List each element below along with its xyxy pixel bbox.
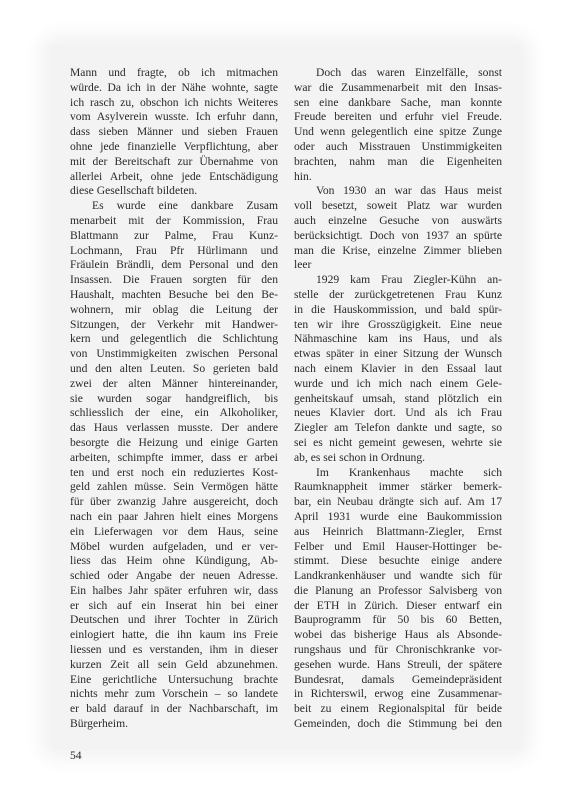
text-line: ich rasch zu, obschon ich nichts Weitere…: [70, 96, 278, 111]
text-line: Im Krankenhaus machte sich: [294, 466, 502, 481]
text-line: kurzen Zeit all sein Geld abzunehmen.: [70, 658, 278, 673]
text-line: Eine gerichtliche Untersuchung brachte: [70, 673, 278, 688]
text-line: in die Hauskommission, und bald spür-: [294, 303, 502, 318]
text-line: leer: [294, 258, 502, 273]
text-line: besorgte die Heizung und einige Garten: [70, 436, 278, 451]
text-line: Lochmann, Frau Pfr Hürlimann und: [70, 244, 278, 259]
text-line: Sitzungen, der Verkehr mit Handwer-: [70, 318, 278, 333]
text-line: kern und gelegentlich die Schlichtung: [70, 332, 278, 347]
text-line: er bald darauf in der Nachbarschaft, im: [70, 702, 278, 717]
paragraph: 1929 kam Frau Ziegler-Kühn an-stelle der…: [294, 273, 502, 465]
text-line: stelle der zurückgetretenen Frau Kunz: [294, 288, 502, 303]
text-line: sei es nicht gemeint gewesen, wehrte sie: [294, 436, 502, 451]
text-line: nach ein paar Jahren hielt eines Morgens: [70, 510, 278, 525]
text-line: 1929 kam Frau Ziegler-Kühn an-: [294, 273, 502, 288]
text-line: schliesslich der eine, ein Alkoholiker,: [70, 406, 278, 421]
text-line: würde. Da ich in der Nähe wohnte, sagte: [70, 81, 278, 96]
text-line: von Unstimmigkeiten zwischen Personal: [70, 347, 278, 362]
text-line: Gemeinden, doch die Stimmung bei den: [294, 717, 502, 732]
text-line: genheitskauf umsah, stand plötzlich ein: [294, 392, 502, 407]
text-line: liessen und es verstanden, ihm in dieser: [70, 643, 278, 658]
text-line: nach einem Klavier in den Essaal laut: [294, 362, 502, 377]
text-line: der ETH in Zürich. Dieser entwarf ein: [294, 599, 502, 614]
text-line: er sich auf ein Inserat hin bei einer: [70, 599, 278, 614]
paragraph: Es wurde eine dankbare Zusammenarbeit mi…: [70, 199, 278, 732]
paragraph: Doch das waren Einzelfälle, sonstwar die…: [294, 66, 502, 184]
text-line: Insassen. Die Frauen sorgten für den: [70, 273, 278, 288]
text-line: menarbeit mit der Kommission, Frau: [70, 214, 278, 229]
text-line: ein Lieferwagen vor dem Haus, seine: [70, 525, 278, 540]
text-line: ab, es sei schon in Ordnung.: [294, 451, 502, 466]
text-line: Es wurde eine dankbare Zusam: [70, 199, 278, 214]
text-line: Freude bereiten und erfuhr viel Freude.: [294, 110, 502, 125]
text-line: oder auch Misstrauen Unstimmigkeiten: [294, 140, 502, 155]
text-line: Von 1930 an war das Haus meist: [294, 184, 502, 199]
text-line: nichts mehr zum Vorschein – so landete: [70, 687, 278, 702]
text-line: Und wenn gelegentlich eine spitze Zunge: [294, 125, 502, 140]
text-line: April 1931 wurde eine Baukommission: [294, 510, 502, 525]
text-line: Ziegler am Telefon dankte und sagte, so: [294, 421, 502, 436]
text-line: ten wir ihre Grosszügigkeit. Eine neue: [294, 318, 502, 333]
text-line: Mann und fragte, ob ich mitmachen: [70, 66, 278, 81]
text-line: ohne jede finanzielle Verpflichtung, abe…: [70, 140, 278, 155]
text-line: Bundesrat, damals Gemeindepräsident: [294, 673, 502, 688]
text-line: beit zu einem Regionalspital für beide: [294, 702, 502, 717]
text-line: Möbel wurden aufgeladen, und er ver-: [70, 540, 278, 555]
text-line: das Haus verlassen musste. Der andere: [70, 421, 278, 436]
text-line: Nähmaschine kam ins Haus, und als: [294, 332, 502, 347]
paragraph: Im Krankenhaus machte sichRaumknappheit …: [294, 466, 502, 732]
text-line: wobei das bisherige Haus als Absonde-: [294, 628, 502, 643]
page-number: 54: [70, 749, 82, 763]
text-line: einlogiert hatte, die ihn kaum ins Freie: [70, 628, 278, 643]
text-line: rungshaus und für Chronischkranke vor-: [294, 643, 502, 658]
text-line: die Planung an Professor Salvisberg von: [294, 584, 502, 599]
text-line: aus Heinrich Blattmann-Ziegler, Ernst: [294, 525, 502, 540]
text-line: stimmt. Diese besuchte einige andere: [294, 554, 502, 569]
text-line: Doch das waren Einzelfälle, sonst: [294, 66, 502, 81]
text-column-left: Mann und fragte, ob ich mitmachenwürde. …: [70, 66, 278, 732]
text-line: etwas später in einer Sitzung der Wunsch: [294, 347, 502, 362]
text-line: auch einzelne Gesuche von auswärts: [294, 214, 502, 229]
text-line: und den alten Leuten. So gerieten bald: [70, 362, 278, 377]
text-line: brachten, nahm man die Eigenheiten: [294, 155, 502, 170]
text-line: sie wurden sogar handgreiflich, bis: [70, 392, 278, 407]
text-line: neues Klavier dort. Und als ich Frau: [294, 406, 502, 421]
text-line: Fräulein Brändli, dem Personal und den: [70, 258, 278, 273]
text-line: Blattmann zur Palme, Frau Kunz-: [70, 229, 278, 244]
text-line: arbeiten, schimpfte immer, dass er arbei: [70, 451, 278, 466]
text-line: man die Krise, einzelne Zimmer blieben: [294, 244, 502, 259]
text-line: sen eine dankbare Sache, man konnte: [294, 96, 502, 111]
text-line: hin.: [294, 170, 502, 185]
text-line: berücksichtigt. Doch von 1937 an spürte: [294, 229, 502, 244]
text-line: liess das Heim ohne Kündigung, Ab-: [70, 554, 278, 569]
text-line: diese Gesellschaft bildeten.: [70, 184, 278, 199]
text-line: allerlei Arbeit, ohne jede Entschädigung: [70, 170, 278, 185]
text-line: zwei der alten Männer hintereinander,: [70, 377, 278, 392]
text-line: mit der Bereitschaft zur Übernahme von: [70, 155, 278, 170]
text-line: Felber und Emil Hauser-Hottinger be-: [294, 540, 502, 555]
text-line: Raumknappheit immer stärker bemerk-: [294, 480, 502, 495]
text-line: wohnern, mir oblag die Leitung der: [70, 303, 278, 318]
text-line: Bürgerheim.: [70, 717, 278, 732]
text-line: Landkrankenhäuser und wandte sich für: [294, 569, 502, 584]
text-line: dass sieben Männer und sieben Frauen: [70, 125, 278, 140]
text-line: Bauprogramm für 50 bis 60 Betten,: [294, 613, 502, 628]
text-line: voll besetzt, soweit Platz war wurden: [294, 199, 502, 214]
text-line: gesehen wurde. Hans Streuli, der spätere: [294, 658, 502, 673]
text-line: bar, ein Neubau drängte sich auf. Am 17: [294, 495, 502, 510]
text-line: schied oder Angabe der neuen Adresse.: [70, 569, 278, 584]
text-line: Haushalt, machten Besuche bei den Be-: [70, 288, 278, 303]
text-line: geld zahlen müsse. Sein Vermögen hätte: [70, 480, 278, 495]
text-line: wurde und ich mich nach einem Gele-: [294, 377, 502, 392]
text-line: ten und erst noch ein reduziertes Kost-: [70, 466, 278, 481]
paragraph: Mann und fragte, ob ich mitmachenwürde. …: [70, 66, 278, 199]
text-column-right: Doch das waren Einzelfälle, sonstwar die…: [294, 66, 502, 732]
paragraph: Von 1930 an war das Haus meistvoll beset…: [294, 184, 502, 273]
text-line: Deutschen und ihrer Tochter in Zürich: [70, 613, 278, 628]
text-line: Ein halbes Jahr später erfuhren wir, das…: [70, 584, 278, 599]
text-line: war die Zusammenarbeit mit den Insas-: [294, 81, 502, 96]
text-line: für über zwanzig Jahre ausgereicht, doch: [70, 495, 278, 510]
text-line: vom Asylverein wusste. Ich erfuhr dann,: [70, 110, 278, 125]
text-line: in Richterswil, erwog eine Zusammenar-: [294, 687, 502, 702]
